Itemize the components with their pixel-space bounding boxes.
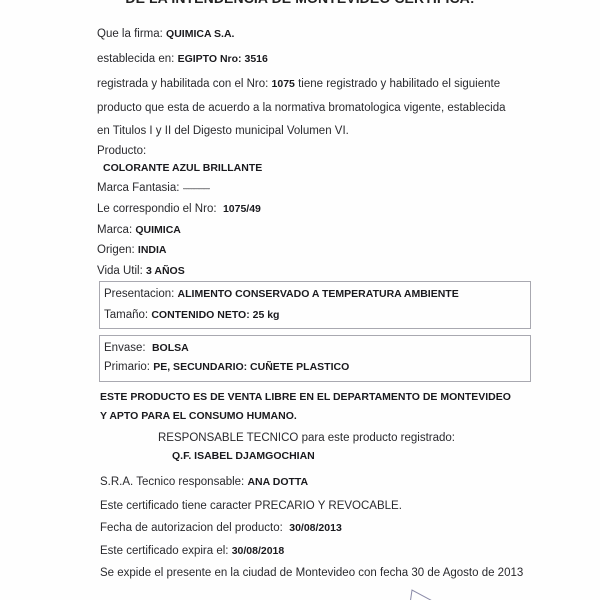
vida-util-line: Vida Util: 3 AÑOS <box>97 265 185 277</box>
primario-line: Primario: PE, SECUNDARIO: CUÑETE PLASTIC… <box>104 361 349 373</box>
producto-value: COLORANTE AZUL BRILLANTE <box>103 162 262 174</box>
registro-line-1: registrada y habilitada con el Nro: 1075… <box>97 78 500 90</box>
primario-value: PE, SECUNDARIO: CUÑETE PLASTICO <box>153 361 349 373</box>
certificate-heading: DE LA INTENDENCIA DE MONTEVIDEO CERTIFIC… <box>0 0 600 6</box>
producto-label: Producto: <box>97 145 146 157</box>
vida-util-value: 3 AÑOS <box>146 265 185 277</box>
tamano-value: CONTENIDO NETO: 25 kg <box>151 309 279 321</box>
registro-line-3: en Titulos I y II del Digesto municipal … <box>97 125 349 137</box>
certificate-page: DE LA INTENDENCIA DE MONTEVIDEO CERTIFIC… <box>0 0 600 600</box>
marca-line: Marca: QUIMICA <box>97 224 181 236</box>
expira-line: Este certificado expira el: 30/08/2018 <box>100 545 284 557</box>
envase-line: Envase: BOLSA <box>104 342 189 354</box>
caracter-line: Este certificado tiene caracter PRECARIO… <box>100 500 402 512</box>
establecida-label: establecida en: <box>97 53 174 65</box>
sra-line: S.R.A. Tecnico responsable: ANA DOTTA <box>100 476 308 488</box>
presentacion-value: ALIMENTO CONSERVADO A TEMPERATURA AMBIEN… <box>178 288 459 300</box>
responsable-name: Q.F. ISABEL DJAMGOCHIAN <box>172 450 315 462</box>
envase-box: Envase: BOLSA Primario: PE, SECUNDARIO: … <box>99 335 531 382</box>
presentacion-box: Presentacion: ALIMENTO CONSERVADO A TEMP… <box>99 281 531 329</box>
firma-label: Que la firma: <box>97 28 163 40</box>
registro-nro: 1075 <box>272 78 295 90</box>
venta-line-2: Y APTO PARA EL CONSUMO HUMANO. <box>100 410 297 422</box>
firma-value: QUIMICA S.A. <box>166 28 234 40</box>
envase-value: BOLSA <box>152 342 189 354</box>
registro-post: tiene registrado y habilitado el siguien… <box>298 78 500 90</box>
tamano-line: Tamaño: CONTENIDO NETO: 25 kg <box>104 309 279 321</box>
nro-correspondido-line: Le correspondio el Nro: 1075/49 <box>97 203 261 215</box>
origen-value: INDIA <box>138 244 167 256</box>
responsable-label: RESPONSABLE TECNICO para este producto r… <box>158 432 455 444</box>
sra-label: S.R.A. Tecnico responsable: <box>100 476 244 488</box>
nro-correspondido-label: Le correspondio el Nro: <box>97 203 217 215</box>
registro-line-2: producto que esta de acuerdo a la normat… <box>97 102 506 114</box>
registro-pre: registrada y habilitada con el Nro: <box>97 78 268 90</box>
venta-line-1: ESTE PRODUCTO ES DE VENTA LIBRE EN EL DE… <box>100 391 511 403</box>
firma-line: Que la firma: QUIMICA S.A. <box>97 28 234 40</box>
marca-fantasia-value: ---------------- <box>183 184 210 193</box>
origen-line: Origen: INDIA <box>97 244 167 256</box>
expide-line: Se expide el presente en la ciudad de Mo… <box>100 567 523 579</box>
expira-value: 30/08/2018 <box>232 545 285 557</box>
marca-fantasia-line: Marca Fantasia: ---------------- <box>97 182 209 194</box>
establecida-line: establecida en: EGIPTO Nro: 3516 <box>97 53 268 65</box>
establecida-value: EGIPTO Nro: 3516 <box>178 53 268 65</box>
fecha-autorizacion-label: Fecha de autorizacion del producto: <box>100 522 283 534</box>
fecha-autorizacion-line: Fecha de autorizacion del producto: 30/0… <box>100 522 342 534</box>
expira-label: Este certificado expira el: <box>100 545 228 557</box>
presentacion-line: Presentacion: ALIMENTO CONSERVADO A TEMP… <box>104 288 459 300</box>
primario-label: Primario: <box>104 361 150 373</box>
fecha-autorizacion-value: 30/08/2013 <box>289 522 342 534</box>
signature-mark <box>408 586 448 600</box>
nro-correspondido-value: 1075/49 <box>223 203 261 215</box>
marca-value: QUIMICA <box>135 224 181 236</box>
sra-value: ANA DOTTA <box>247 476 308 488</box>
tamano-label: Tamaño: <box>104 309 148 321</box>
marca-label: Marca: <box>97 224 132 236</box>
origen-label: Origen: <box>97 244 135 256</box>
marca-fantasia-label: Marca Fantasia: <box>97 182 179 194</box>
envase-label: Envase: <box>104 342 146 354</box>
vida-util-label: Vida Util: <box>97 265 143 277</box>
presentacion-label: Presentacion: <box>104 288 174 300</box>
